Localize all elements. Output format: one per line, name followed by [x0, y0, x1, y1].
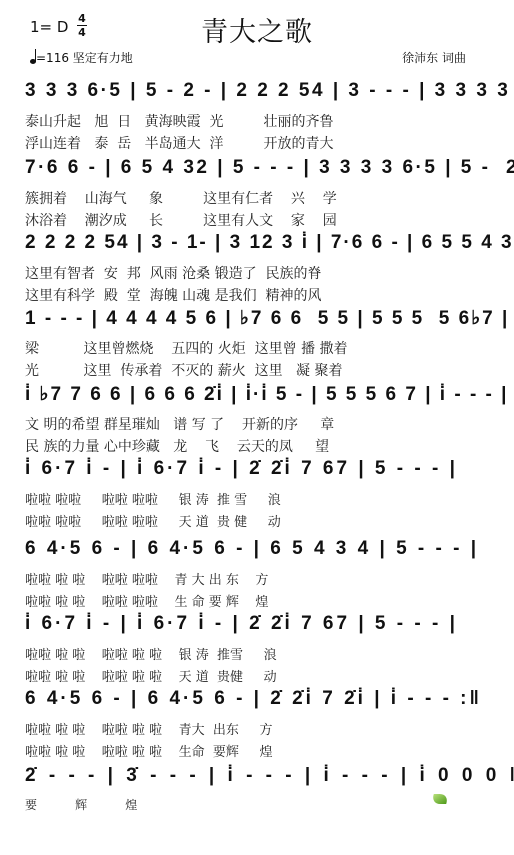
lyrics-verse-1: 文 明的希望 群星璀灿 谱 写 了 开新的序 章 [25, 414, 334, 434]
notation-line: 1 - - - | 4 4 4 4 5 6 | ♭7 6 6 5 5 | 5 5… [25, 307, 485, 333]
lyrics-verse-2: 啦啦 啦 啦 啦啦 啦 啦 生命 要辉 煌 [25, 741, 273, 760]
lyrics-verse-2: 沐浴着 潮汐成 长 这里有人文 家 园 [25, 210, 337, 230]
lyrics-verse-1: 泰山升起 旭 日 黄海映霞 光 壮丽的齐鲁 [25, 111, 334, 131]
quarter-note-icon [30, 50, 36, 64]
lyrics-verse-2: 光 这里 传承着 不灭的 薪火 这里 凝 聚着 [25, 360, 342, 380]
notation-line: i̇ ♭7 7 6 6 | 6 6 6 2̇i̇ | i̇·i̇ 5 - | 5… [25, 383, 485, 409]
notation-line: 7·6 6 - | 6 5 4 32 | 5 - - - | 3 3 3 3 6… [25, 157, 485, 183]
song-title: 青大之歌 [0, 10, 514, 49]
lyrics-verse-2: 这里有科学 殿 堂 海魄 山魂 是我们 精神的风 [25, 285, 322, 305]
lyrics-verse-1: 啦啦 啦 啦 啦啦 啦 啦 青大 出东 方 [25, 719, 273, 738]
notation-line: 2̇ - - - | 3̇ - - - | i̇ - - - | i̇ - - … [25, 765, 485, 791]
composer-credit: 徐沛东 词曲 [402, 49, 466, 66]
lyrics-verse-2: 啦啦 啦啦 啦啦 啦啦 天 道 贵 健 动 [25, 511, 281, 530]
tempo-marking: =116 坚定有力地 [30, 49, 133, 66]
lyrics-verse-2: 民 族的力量 心中珍藏 龙 飞 云天的凤 望 [25, 436, 329, 456]
notation-line: i̇ 6·7 i̇ - | i̇ 6·7 i̇ - | 2̇ 2̇i̇ 7 67… [25, 458, 485, 484]
score-header: 1= D 4 4 青大之歌 =116 坚定有力地 徐沛东 词曲 [0, 0, 514, 70]
lyrics-verse-2: 啦啦 啦 啦 啦啦 啦 啦 天 道 贵健 动 [25, 666, 277, 685]
leaf-icon [430, 794, 450, 804]
lyrics-verse-1: 啦啦 啦 啦 啦啦 啦 啦 银 涛 推雪 浪 [25, 644, 277, 663]
notation-line: i̇ 6·7 i̇ - | i̇ 6·7 i̇ - | 2̇ 2̇i̇ 7 67… [25, 613, 485, 639]
tempo-value: =116 [36, 51, 69, 65]
notation-line: 6 4·5 6 - | 6 4·5 6 - | 6 5 4 3 4 | 5 - … [25, 538, 485, 564]
lyrics-verse-1: 要 辉 煌 [25, 796, 137, 813]
lyrics-verse-1: 簇拥着 山海气 象 这里有仁者 兴 学 [25, 188, 337, 208]
lyrics-verse-1: 梁 这里曾燃烧 五四的 火炬 这里曾 播 撒着 [25, 338, 348, 358]
lyrics-verse-2: 浮山连着 泰 岳 半岛通大 洋 开放的青大 [25, 133, 334, 153]
lyrics-verse-2: 啦啦 啦 啦 啦啦 啦啦 生 命 要 辉 煌 [25, 591, 268, 610]
notation-line: 3 3 3 6·5 | 5 - 2 - | 2 2 2 54 | 3 - - -… [25, 80, 485, 106]
notation-line: 2 2 2 2 54 | 3 - 1- | 3 12 3 i̇ | 7·6 6 … [25, 232, 485, 258]
lyrics-verse-1: 这里有智者 安 邦 风雨 沧桑 锻造了 民族的脊 [25, 263, 322, 283]
lyrics-verse-1: 啦啦 啦啦 啦啦 啦啦 银 涛 推 雪 浪 [25, 489, 281, 508]
tempo-expression: 坚定有力地 [73, 51, 133, 65]
lyrics-verse-1: 啦啦 啦 啦 啦啦 啦啦 青 大 出 东 方 [25, 569, 268, 588]
notation-line: 6 4·5 6 - | 6 4·5 6 - | 2̇ 2̇i̇ 7 2̇i̇ |… [25, 688, 485, 714]
